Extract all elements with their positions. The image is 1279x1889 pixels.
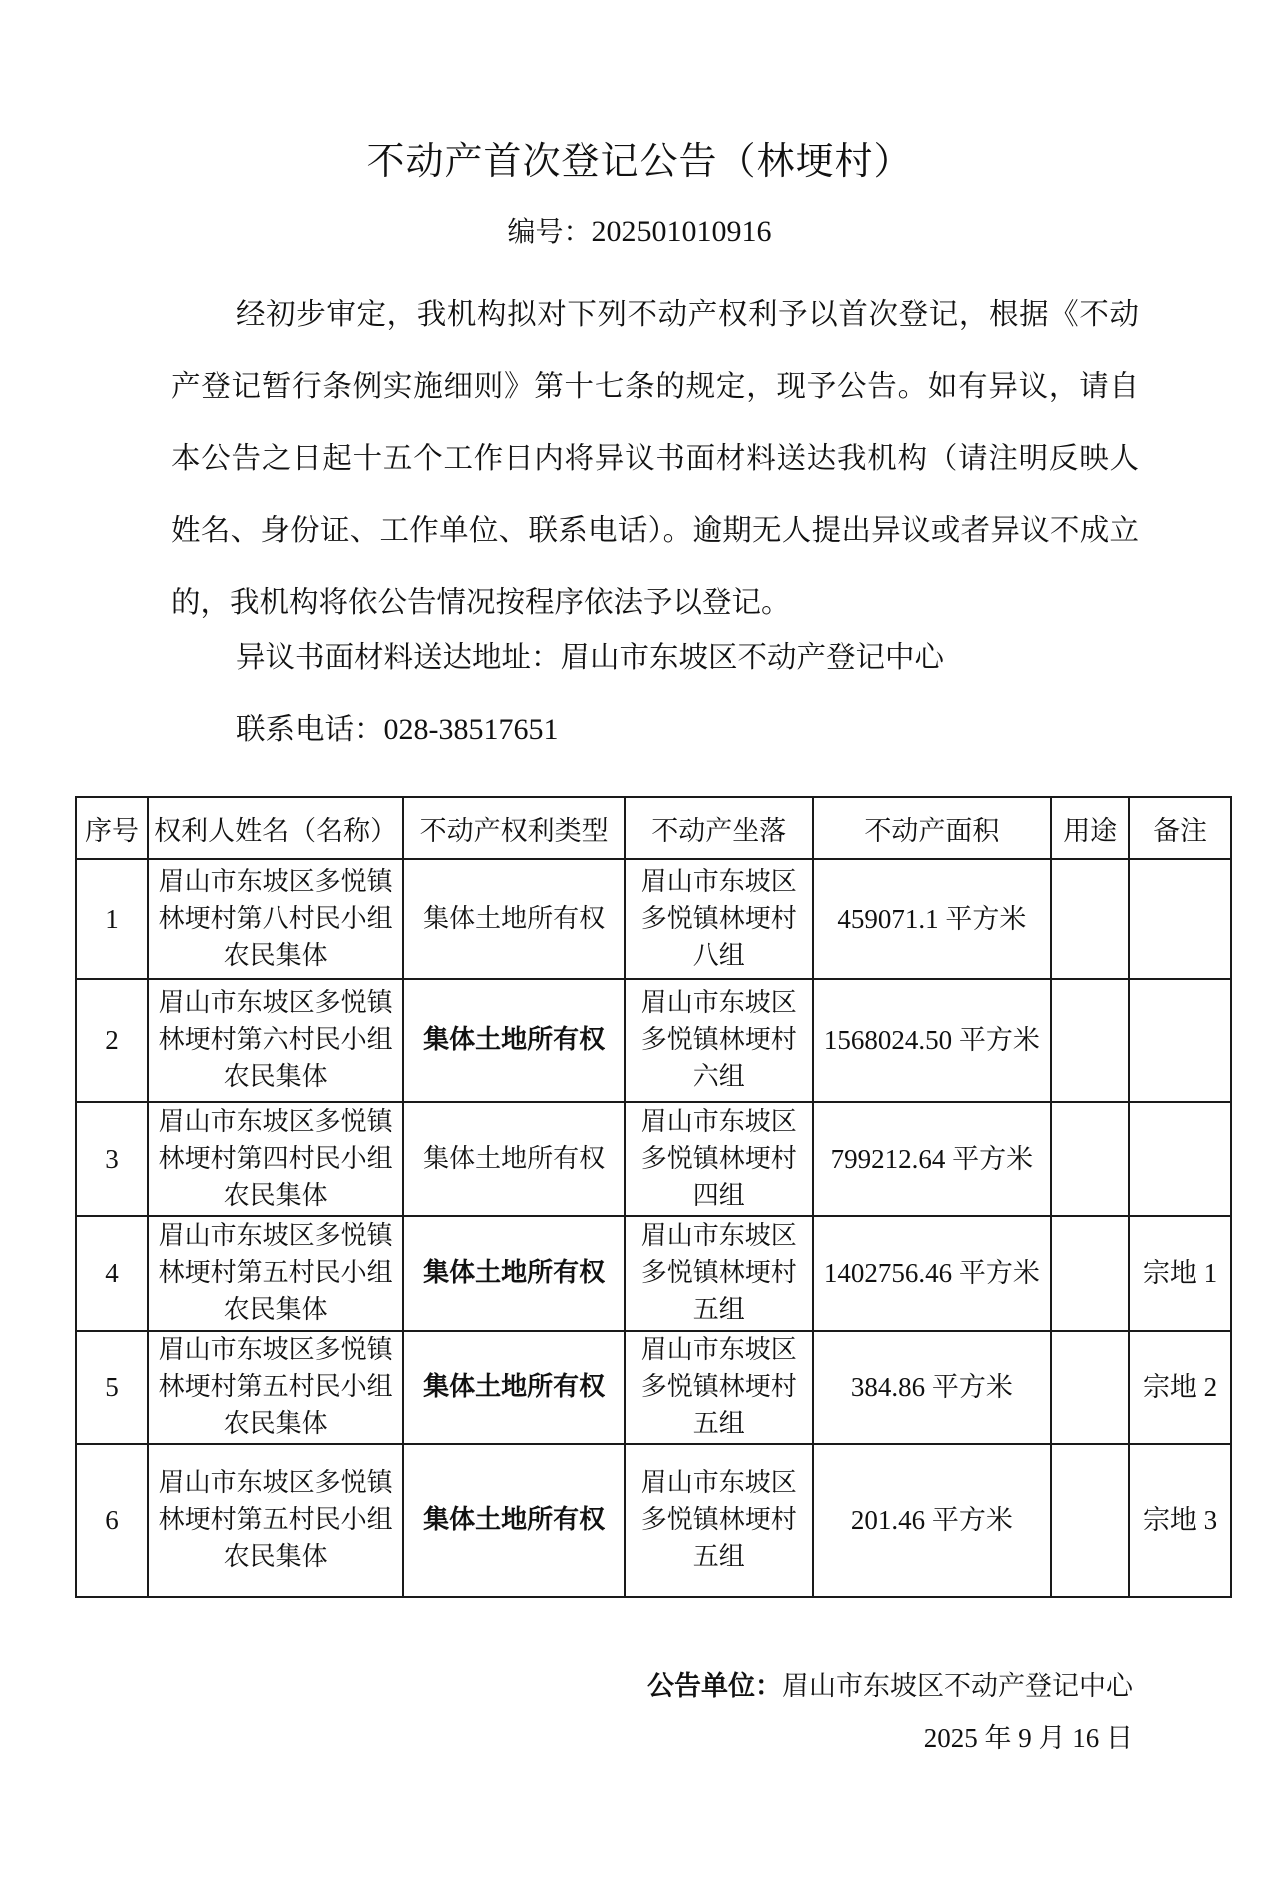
issuer: 公告单位：眉山市东坡区不动产登记中心	[647, 1664, 1133, 1703]
document-number: 编号：202501010916	[0, 210, 1279, 250]
issue-date: 2025 年 9 月 16 日	[924, 1716, 1133, 1755]
cell-use	[1051, 1102, 1129, 1216]
header-use: 用途	[1051, 797, 1129, 859]
table-row: 4 眉山市东坡区多悦镇林埂村第五村民小组农民集体 集体土地所有权 眉山市东坡区多…	[76, 1216, 1231, 1331]
cell-type: 集体土地所有权	[403, 1444, 625, 1597]
table-header-row: 序号 权利人姓名（名称） 不动产权利类型 不动产坐落 不动产面积 用途 备注	[76, 797, 1231, 859]
header-holder: 权利人姓名（名称）	[148, 797, 404, 859]
cell-note	[1129, 1102, 1231, 1216]
cell-use	[1051, 1444, 1129, 1597]
table-row: 5 眉山市东坡区多悦镇林埂村第五村民小组农民集体 集体土地所有权 眉山市东坡区多…	[76, 1331, 1231, 1444]
cell-holder: 眉山市东坡区多悦镇林埂村第四村民小组农民集体	[148, 1102, 404, 1216]
issuer-value: 眉山市东坡区不动产登记中心	[782, 1671, 1133, 1702]
registration-table: 序号 权利人姓名（名称） 不动产权利类型 不动产坐落 不动产面积 用途 备注 1…	[75, 796, 1232, 1598]
cell-type: 集体土地所有权	[403, 1216, 625, 1331]
document-number-value: 202501010916	[592, 215, 772, 248]
issuer-label: 公告单位：	[647, 1671, 782, 1702]
cell-location: 眉山市东坡区多悦镇林埂村六组	[625, 979, 813, 1102]
cell-no: 2	[76, 979, 148, 1102]
table-row: 6 眉山市东坡区多悦镇林埂村第五村民小组农民集体 集体土地所有权 眉山市东坡区多…	[76, 1444, 1231, 1597]
cell-use	[1051, 1216, 1129, 1331]
objection-address-label: 异议书面材料送达地址：	[236, 640, 561, 674]
cell-note: 宗地 1	[1129, 1216, 1231, 1331]
cell-no: 5	[76, 1331, 148, 1444]
cell-holder: 眉山市东坡区多悦镇林埂村第八村民小组农民集体	[148, 859, 404, 979]
cell-note: 宗地 2	[1129, 1331, 1231, 1444]
cell-use	[1051, 979, 1129, 1102]
document-number-label: 编号：	[507, 215, 591, 248]
cell-note	[1129, 859, 1231, 979]
cell-no: 6	[76, 1444, 148, 1597]
table-row: 3 眉山市东坡区多悦镇林埂村第四村民小组农民集体 集体土地所有权 眉山市东坡区多…	[76, 1102, 1231, 1216]
cell-location: 眉山市东坡区多悦镇林埂村四组	[625, 1102, 813, 1216]
header-type: 不动产权利类型	[403, 797, 625, 859]
cell-holder: 眉山市东坡区多悦镇林埂村第五村民小组农民集体	[148, 1216, 404, 1331]
contact-phone-label: 联系电话：	[236, 712, 384, 746]
cell-holder: 眉山市东坡区多悦镇林埂村第五村民小组农民集体	[148, 1444, 404, 1597]
header-no: 序号	[76, 797, 148, 859]
cell-note	[1129, 979, 1231, 1102]
cell-area: 1568024.50 平方米	[813, 979, 1052, 1102]
cell-use	[1051, 1331, 1129, 1444]
page-title: 不动产首次登记公告（林埂村）	[0, 130, 1279, 185]
table-row: 2 眉山市东坡区多悦镇林埂村第六村民小组农民集体 集体土地所有权 眉山市东坡区多…	[76, 979, 1231, 1102]
contact-phone-value: 028-38517651	[384, 713, 559, 746]
objection-address-value: 眉山市东坡区不动产登记中心	[561, 640, 945, 674]
header-note: 备注	[1129, 797, 1231, 859]
cell-area: 799212.64 平方米	[813, 1102, 1052, 1216]
cell-type: 集体土地所有权	[403, 1102, 625, 1216]
cell-type: 集体土地所有权	[403, 1331, 625, 1444]
table-row: 1 眉山市东坡区多悦镇林埂村第八村民小组农民集体 集体土地所有权 眉山市东坡区多…	[76, 859, 1231, 979]
contact-phone: 联系电话：028-38517651	[236, 706, 559, 748]
cell-no: 3	[76, 1102, 148, 1216]
cell-no: 1	[76, 859, 148, 979]
cell-location: 眉山市东坡区多悦镇林埂村五组	[625, 1444, 813, 1597]
cell-area: 1402756.46 平方米	[813, 1216, 1052, 1331]
cell-note: 宗地 3	[1129, 1444, 1231, 1597]
objection-address: 异议书面材料送达地址：眉山市东坡区不动产登记中心	[236, 634, 944, 676]
cell-type: 集体土地所有权	[403, 979, 625, 1102]
cell-location: 眉山市东坡区多悦镇林埂村五组	[625, 1331, 813, 1444]
cell-area: 201.46 平方米	[813, 1444, 1052, 1597]
cell-no: 4	[76, 1216, 148, 1331]
header-area: 不动产面积	[813, 797, 1052, 859]
cell-location: 眉山市东坡区多悦镇林埂村五组	[625, 1216, 813, 1331]
cell-use	[1051, 859, 1129, 979]
cell-location: 眉山市东坡区多悦镇林埂村八组	[625, 859, 813, 979]
cell-area: 384.86 平方米	[813, 1331, 1052, 1444]
cell-holder: 眉山市东坡区多悦镇林埂村第六村民小组农民集体	[148, 979, 404, 1102]
notice-paragraph: 经初步审定，我机构拟对下列不动产权利予以首次登记，根据《不动产登记暂行条例实施细…	[171, 278, 1139, 638]
cell-area: 459071.1 平方米	[813, 859, 1052, 979]
cell-type: 集体土地所有权	[403, 859, 625, 979]
cell-holder: 眉山市东坡区多悦镇林埂村第五村民小组农民集体	[148, 1331, 404, 1444]
header-location: 不动产坐落	[625, 797, 813, 859]
